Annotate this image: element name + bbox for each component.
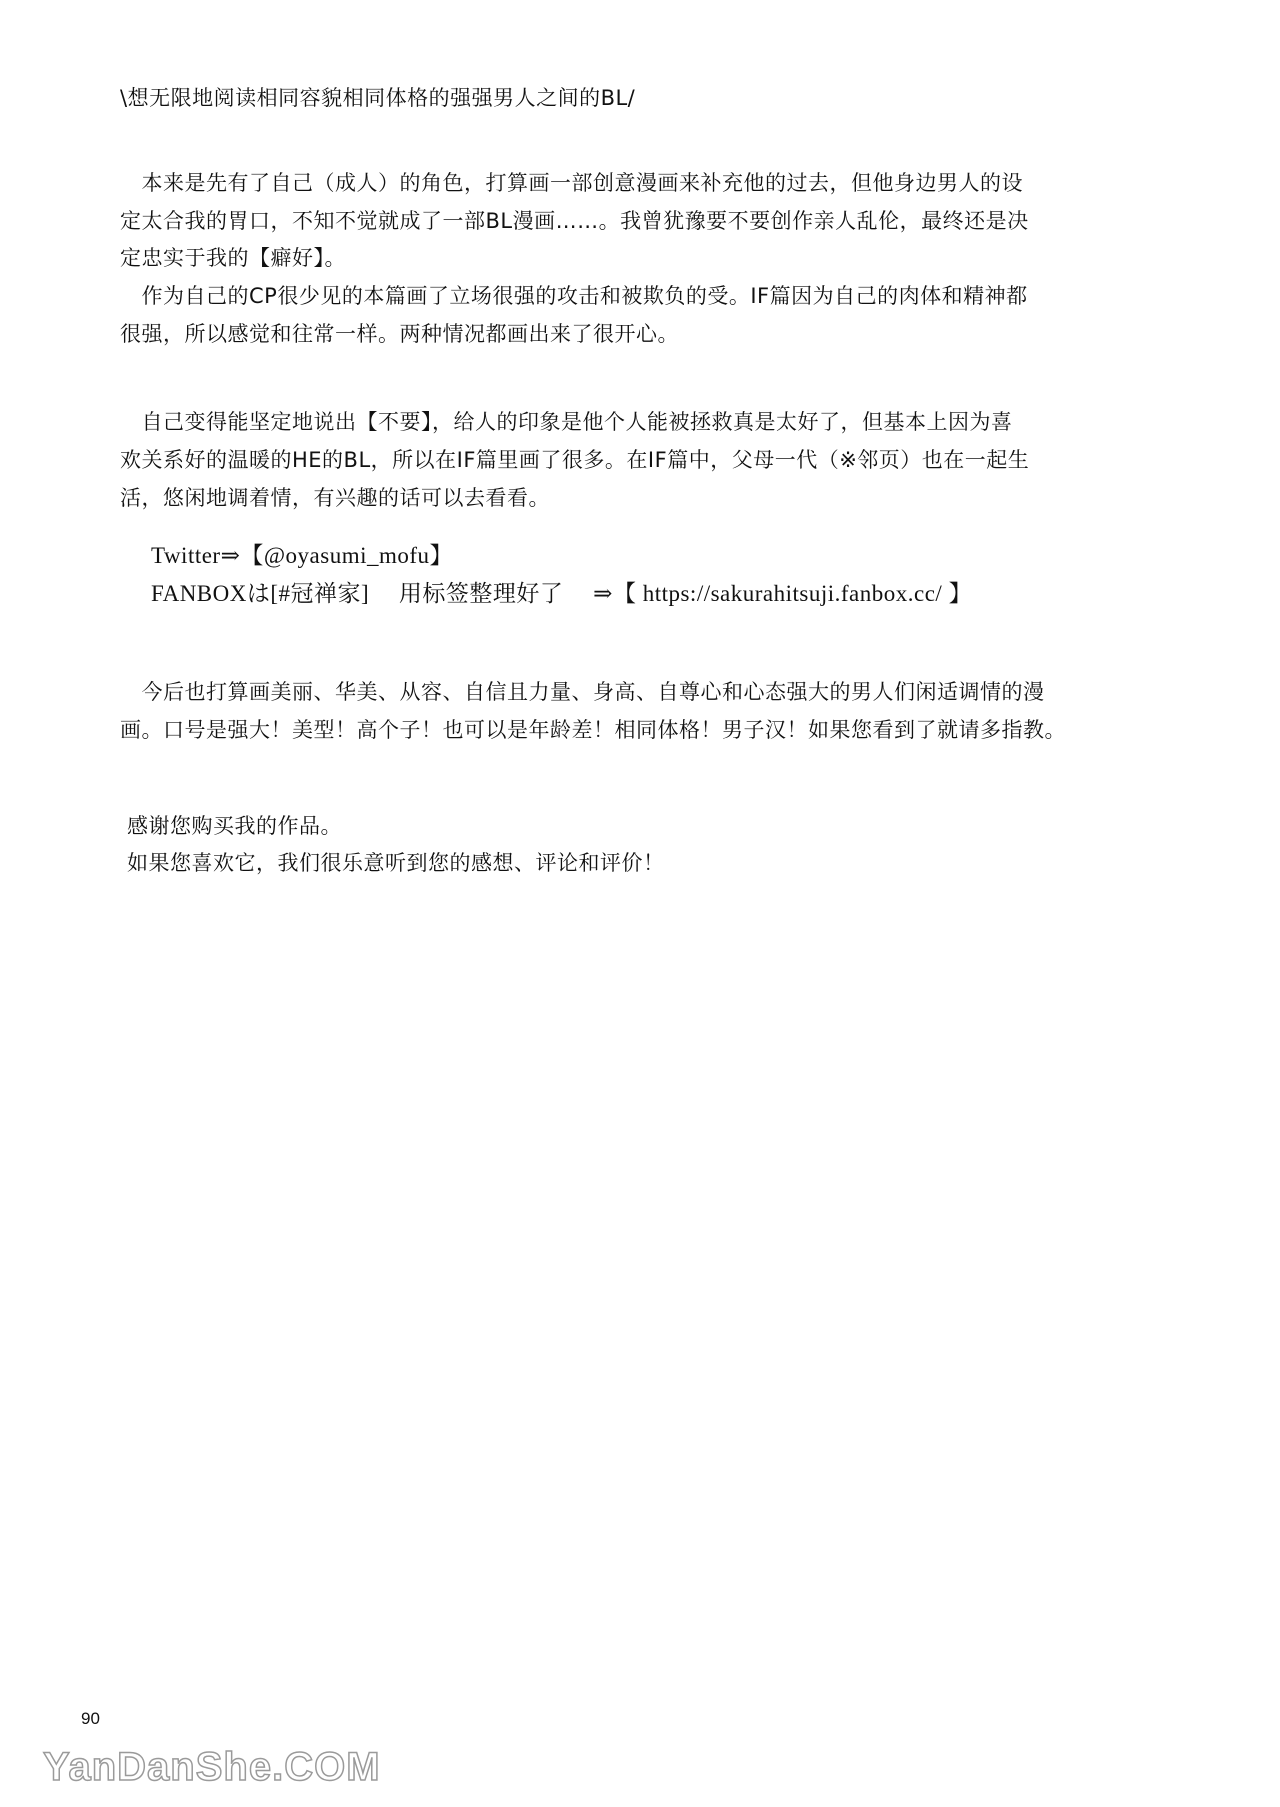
page-number: 90	[81, 1709, 100, 1729]
paragraph-line: 很强，所以感觉和往常一样。两种情况都画出来了很开心。	[120, 322, 679, 346]
paragraph-line: 作为自己的CP很少见的本篇画了立场很强的攻击和被欺负的受。IF篇因为自己的肉体和…	[120, 284, 1028, 308]
paragraph-line: 今后也打算画美丽、华美、从容、自信且力量、身高、自尊心和心态强大的男人们闲适调情…	[120, 680, 1045, 704]
page-heading: \想无限地阅读相同容貌相同体格的强强男人之间的BL/	[120, 86, 635, 110]
watermark-logo: YanDanShe.COM	[43, 1745, 381, 1790]
paragraph-line: 欢关系好的温暖的HE的BL，所以在IF篇里画了很多。在IF篇中，父母一代（※邻页…	[120, 448, 1029, 472]
paragraph-line: 定太合我的胃口，不知不觉就成了一部BL漫画……。我曾犹豫要不要创作亲人乱伦，最终…	[120, 209, 1029, 233]
fanbox-link[interactable]: FANBOXは[#冠禅家] 用标签整理好了 ⇒【 https://sakurah…	[151, 582, 972, 606]
paragraph-line: 自己变得能坚定地说出【不要】，给人的印象是他个人能被拯救真是太好了，但基本上因为…	[120, 410, 1013, 434]
twitter-link[interactable]: Twitter⇒【@oyasumi_mofu】	[151, 544, 453, 568]
thanks-line: 如果您喜欢它，我们很乐意听到您的感想、评论和评价！	[127, 851, 665, 875]
paragraph-line: 活，悠闲地调着情，有兴趣的话可以去看看。	[120, 486, 550, 510]
paragraph-line: 定忠实于我的【癖好】。	[120, 246, 346, 270]
paragraph-line: 本来是先有了自己（成人）的角色，打算画一部创意漫画来补充他的过去，但他身边男人的…	[120, 171, 1023, 195]
paragraph-line: 画。口号是强大！美型！高个子！也可以是年龄差！相同体格！男子汉！如果您看到了就请…	[120, 718, 1066, 742]
thanks-line: 感谢您购买我的作品。	[127, 814, 342, 838]
